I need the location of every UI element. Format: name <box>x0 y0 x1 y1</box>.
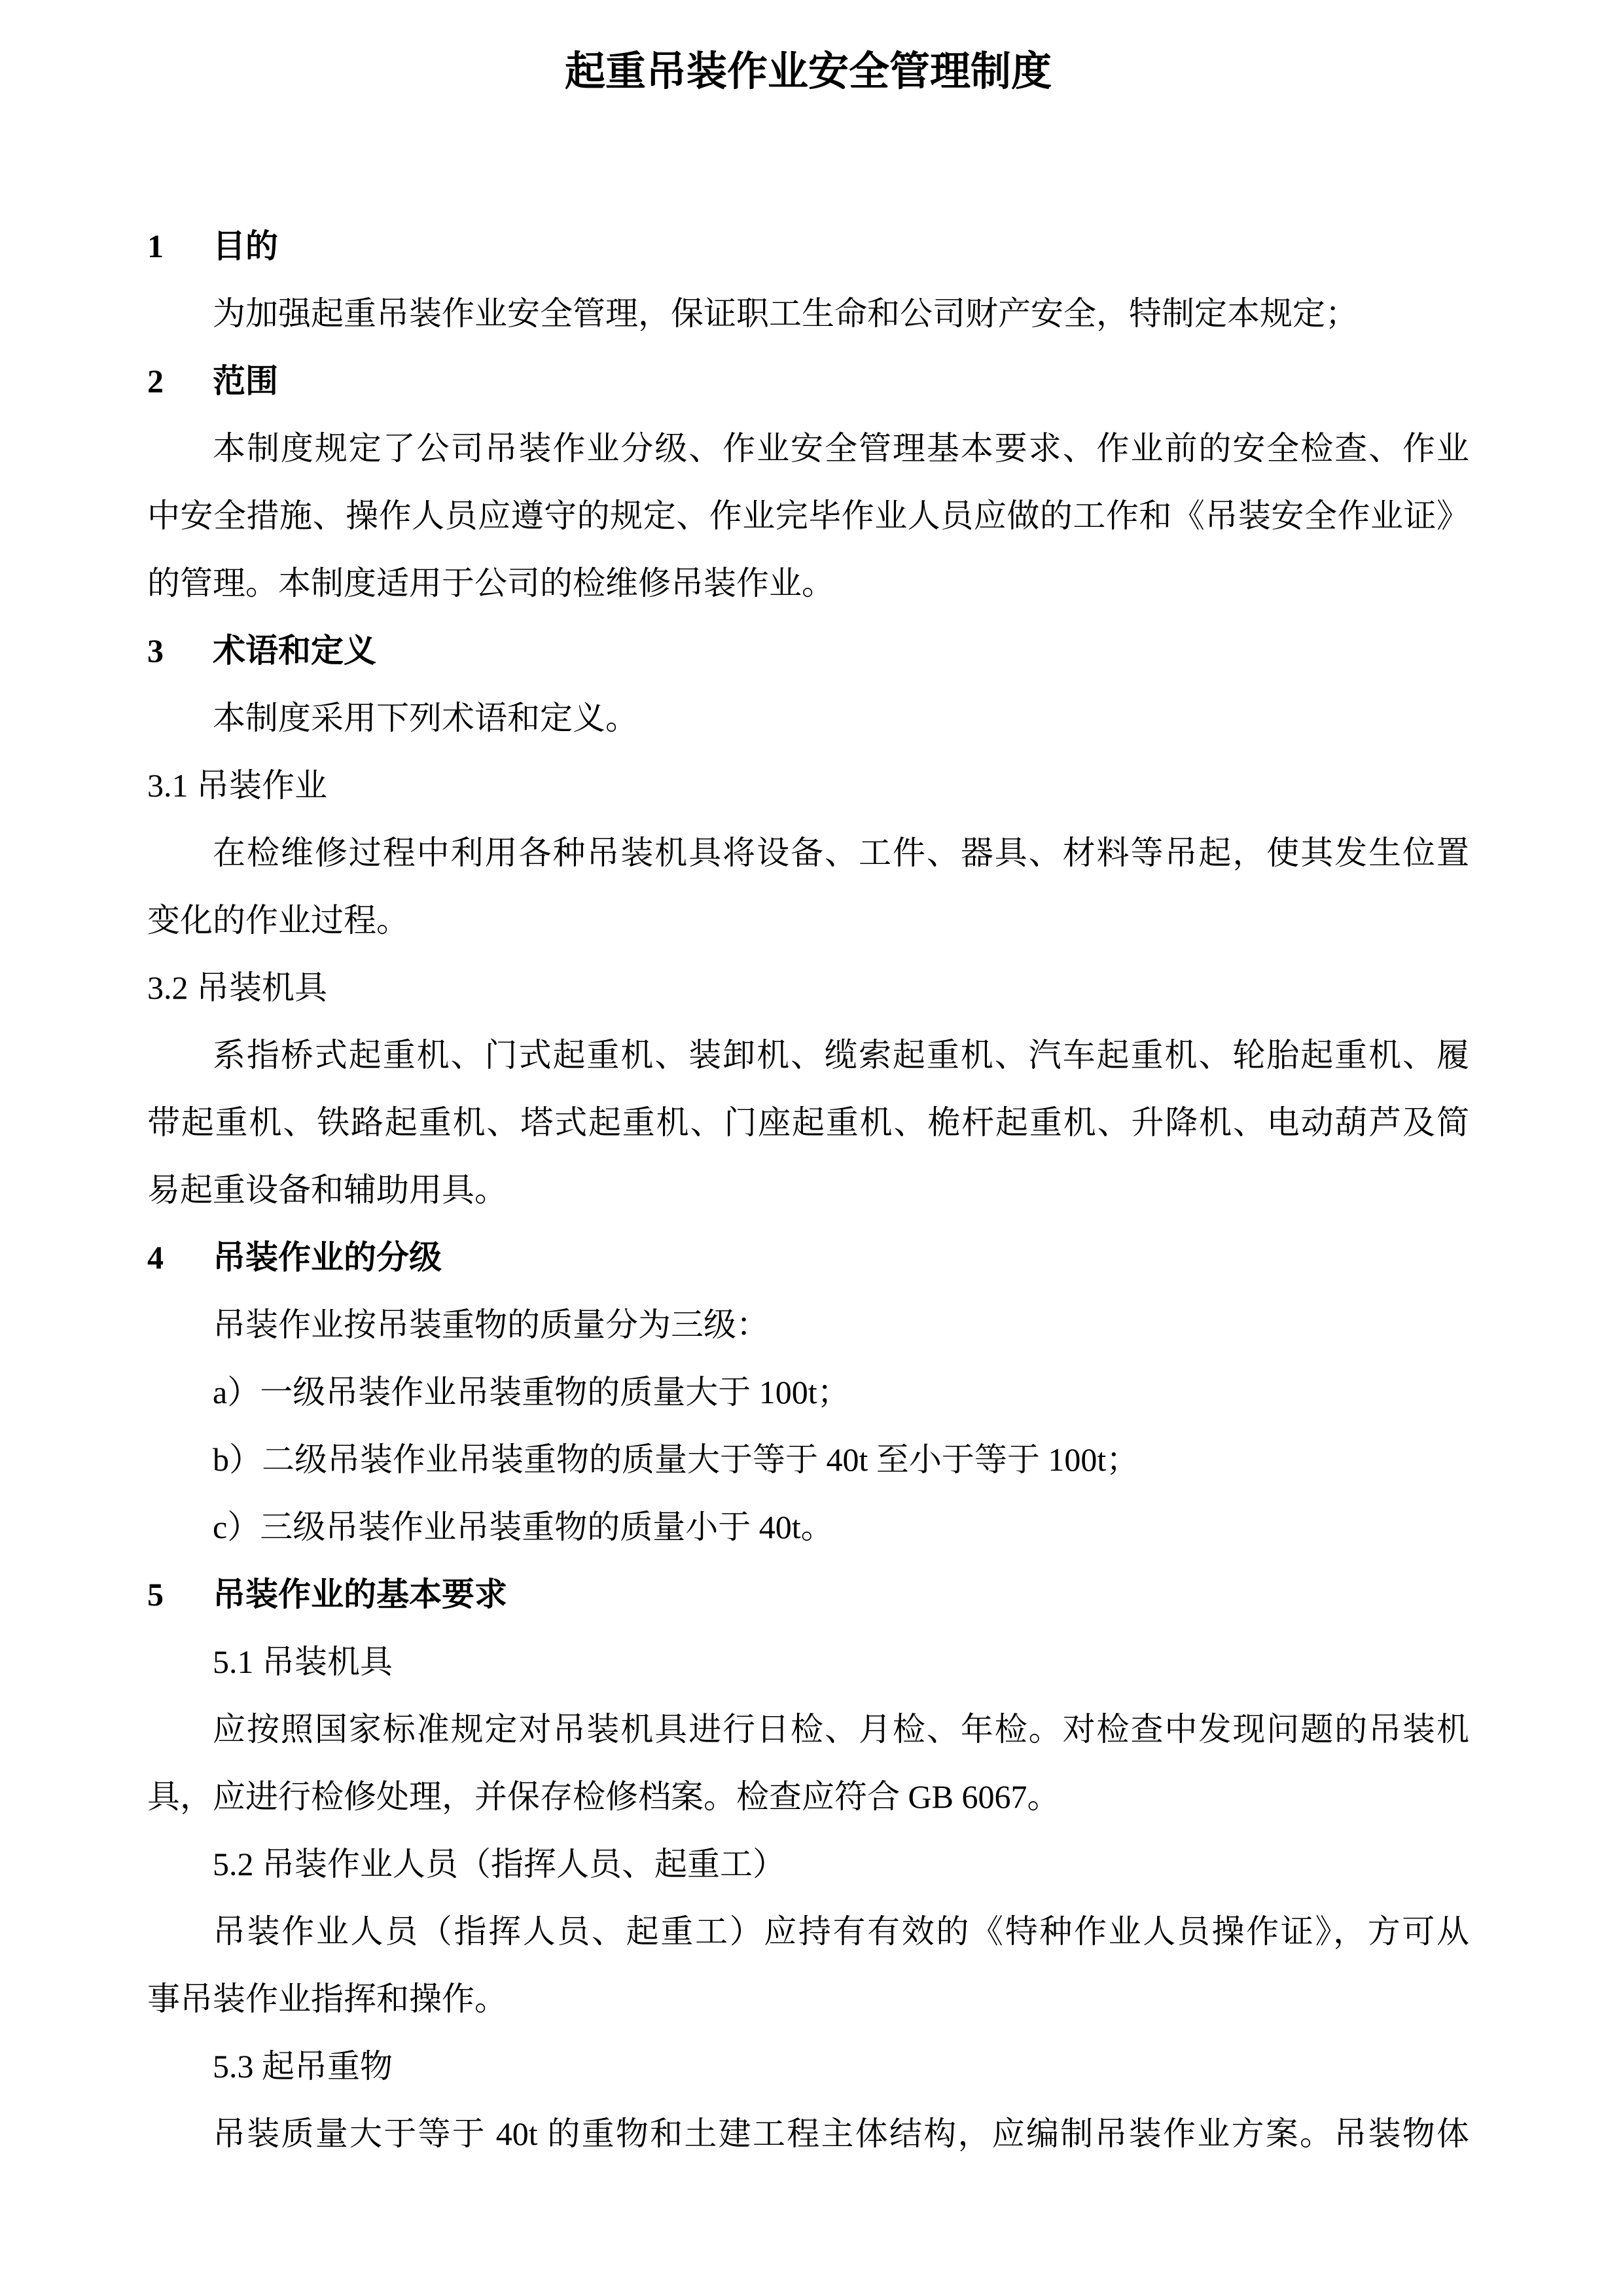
heading-section-3-label: 术语和定义 <box>213 632 376 669</box>
heading-section-3-number: 3 <box>147 617 213 685</box>
heading-section-1: 1目的 <box>147 213 1469 280</box>
heading-section-5-number: 5 <box>147 1561 213 1628</box>
list-item-a: a）一级吊装作业吊装重物的质量大于 100t； <box>147 1359 1469 1426</box>
heading-section-4-number: 4 <box>147 1224 213 1291</box>
heading-section-1-number: 1 <box>147 213 213 280</box>
paragraph-3-1-1-line-1: 在检维修过程中利用各种吊装机具将设备、工件、器具、材料等吊起，使其发生位置 <box>147 819 1469 887</box>
heading-section-3: 3术语和定义 <box>147 617 1469 685</box>
list-item-b: b）二级吊装作业吊装重物的质量大于等于 40t 至小于等于 100t； <box>147 1426 1469 1494</box>
paragraph-5-3-1-line-1: 吊装质量大于等于 40t 的重物和土建工程主体结构，应编制吊装作业方案。吊装物体 <box>147 2100 1469 2168</box>
heading-section-4: 4吊装作业的分级 <box>147 1224 1469 1291</box>
paragraph-1-1-line-1: 为加强起重吊装作业安全管理，保证职工生命和公司财产安全，特制定本规定； <box>147 280 1469 348</box>
heading-section-5-label: 吊装作业的基本要求 <box>213 1576 507 1613</box>
heading-section-1-label: 目的 <box>213 228 278 264</box>
heading-section-5-2: 5.2 吊装作业人员（指挥人员、起重工） <box>147 1831 1469 1898</box>
paragraph-3-2-1-line-3: 易起重设备和辅助用具。 <box>147 1157 1469 1224</box>
paragraph-5-1-1-line-1: 应按照国家标准规定对吊装机具进行日检、月检、年检。对检查中发现问题的吊装机 <box>147 1696 1469 1763</box>
paragraph-2-1-line-2: 中安全措施、操作人员应遵守的规定、作业完毕作业人员应做的工作和《吊装安全作业证》 <box>147 482 1469 550</box>
paragraph-5-2-1-line-2: 事吊装作业指挥和操作。 <box>147 1965 1469 2033</box>
heading-section-4-label: 吊装作业的分级 <box>213 1239 442 1276</box>
paragraph-3-1-1-line-2: 变化的作业过程。 <box>147 887 1469 954</box>
heading-section-5: 5吊装作业的基本要求 <box>147 1561 1469 1628</box>
paragraph-2-1-line-1: 本制度规定了公司吊装作业分级、作业安全管理基本要求、作业前的安全检查、作业 <box>147 415 1469 482</box>
heading-section-3-1: 3.1 吊装作业 <box>147 752 1469 819</box>
paragraph-4-1-line-1: 吊装作业按吊装重物的质量分为三级： <box>147 1291 1469 1359</box>
paragraph-3-2-1-line-2: 带起重机、铁路起重机、塔式起重机、门座起重机、桅杆起重机、升降机、电动葫芦及简 <box>147 1089 1469 1157</box>
heading-section-2-label: 范围 <box>213 363 278 399</box>
paragraph-3-1-line-1: 本制度采用下列术语和定义。 <box>147 685 1469 752</box>
paragraph-3-2-1-line-1: 系指桥式起重机、门式起重机、装卸机、缆索起重机、汽车起重机、轮胎起重机、履 <box>147 1022 1469 1089</box>
list-item-c: c）三级吊装作业吊装重物的质量小于 40t。 <box>147 1494 1469 1561</box>
paragraph-2-1-line-3: 的管理。本制度适用于公司的检维修吊装作业。 <box>147 550 1469 617</box>
document-title: 起重吊装作业安全管理制度 <box>147 39 1469 105</box>
heading-section-3-2: 3.2 吊装机具 <box>147 954 1469 1022</box>
paragraph-5-1-1-line-2: 具，应进行检修处理，并保存检修档案。检查应符合 GB 6067。 <box>147 1763 1469 1831</box>
document-page: 起重吊装作业安全管理制度 1目的 为加强起重吊装作业安全管理，保证职工生命和公司… <box>0 0 1623 2296</box>
heading-section-2-number: 2 <box>147 348 213 415</box>
heading-section-5-3: 5.3 起吊重物 <box>147 2033 1469 2100</box>
paragraph-5-2-1-line-1: 吊装作业人员（指挥人员、起重工）应持有有效的《特种作业人员操作证》，方可从 <box>147 1898 1469 1965</box>
heading-section-5-1: 5.1 吊装机具 <box>147 1628 1469 1696</box>
heading-section-2: 2范围 <box>147 348 1469 415</box>
